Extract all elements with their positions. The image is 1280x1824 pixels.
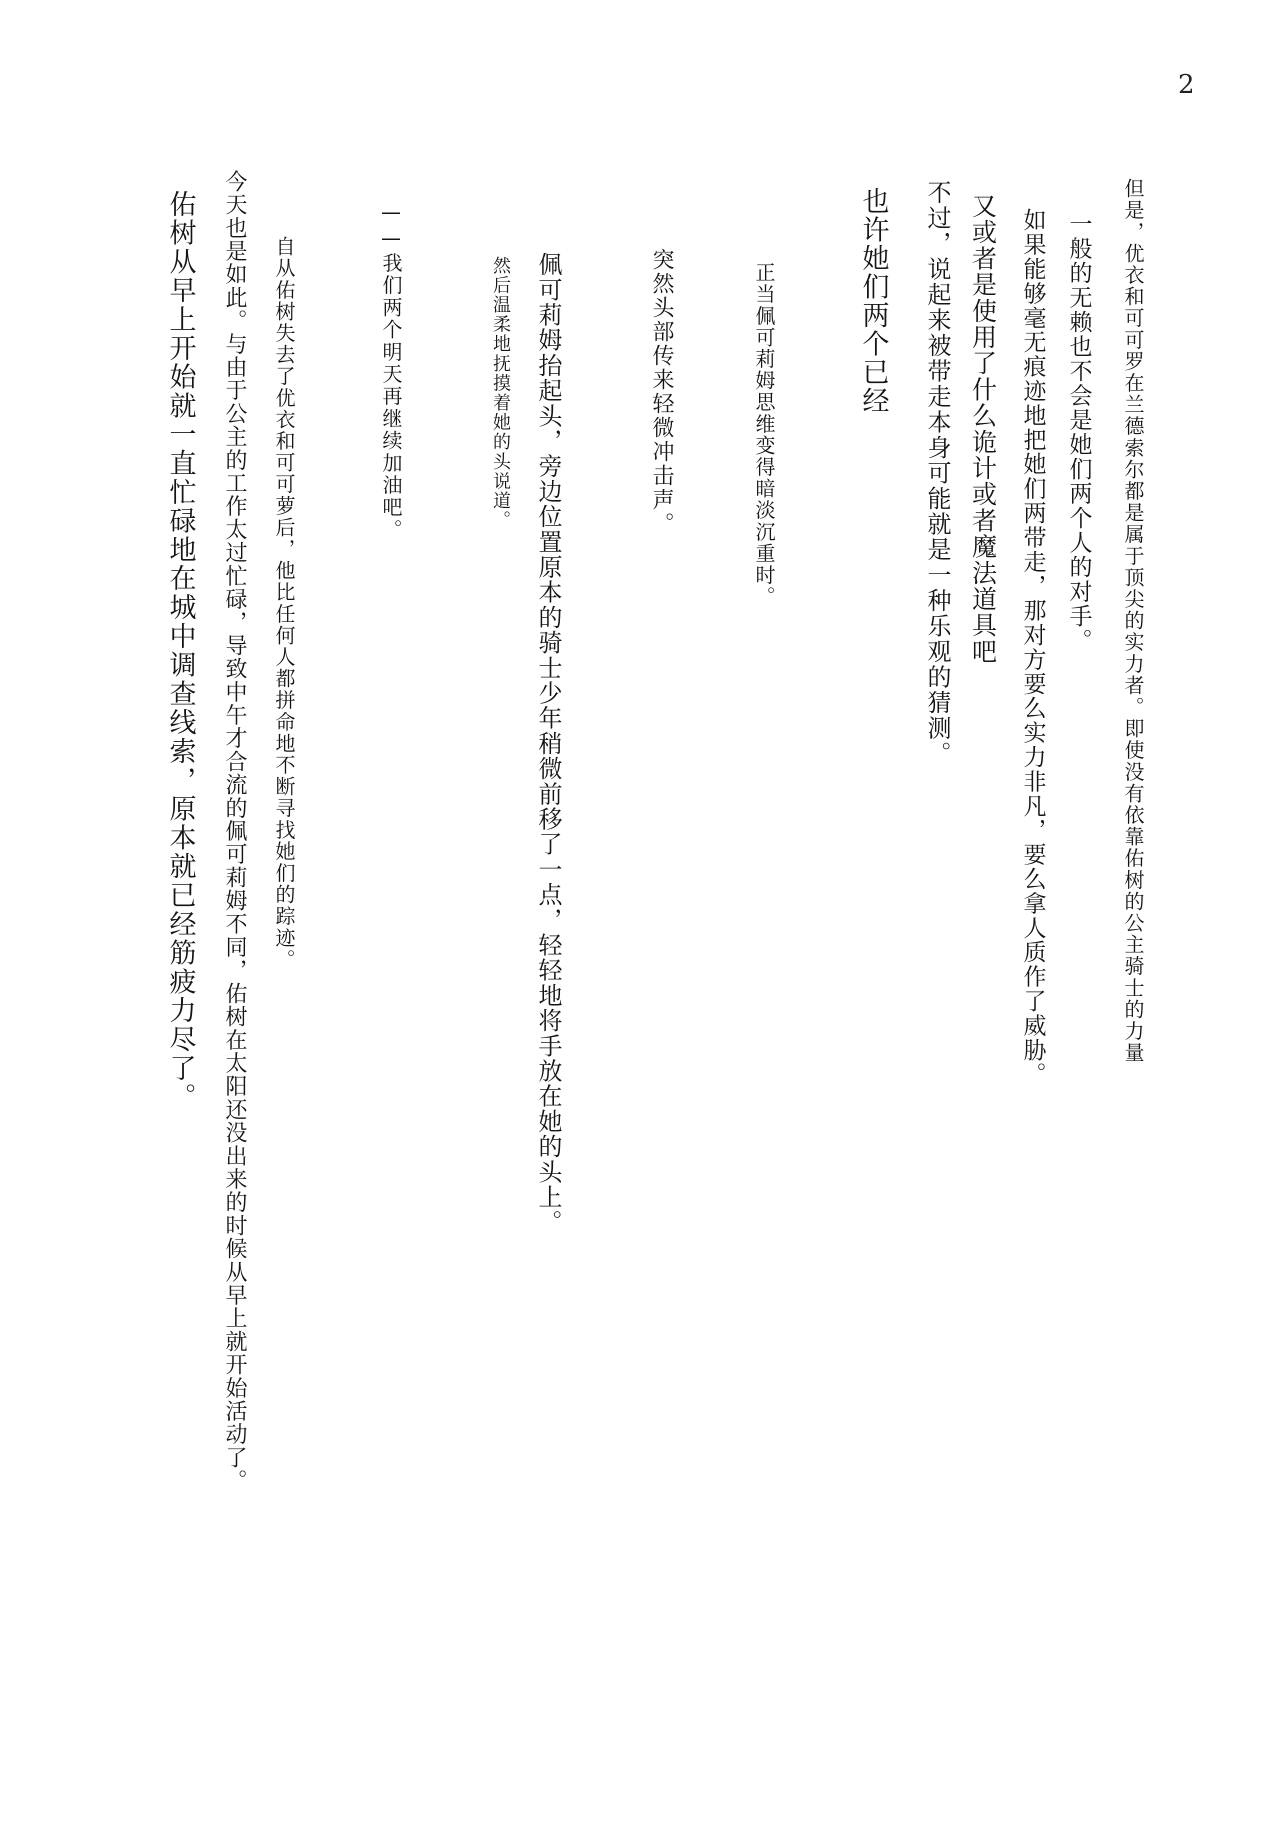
text-column-12: 自从佑树失去了优衣和可可萝后，他比任何人都拼命地不断寻找她们的踪迹。 [274, 236, 294, 970]
text-column-11: ——我们两个明天再继续加油吧。 [381, 200, 401, 541]
text-column-4: 又或者是使用了什么诡计或者魔法道具吧 [971, 193, 996, 665]
text-column-1: 但是，优衣和可可罗在兰德索尔都是属于顶尖的实力者。即使没有依靠佑树的公主骑士的力… [1123, 178, 1143, 1064]
page-number: 2 [1178, 70, 1195, 100]
text-column-13: 今天也是如此。与由于公主的工作太过忙碌，导致中午才合流的佩可莉姆不同，佑树在太阳… [223, 170, 245, 1492]
text-column-3: 如果能够毫无痕迹地把她们两带走，那对方要么实力非凡，要么拿人质作了威胁。 [1021, 208, 1044, 1086]
text-column-6: 也许她们两个已经 [860, 187, 887, 415]
text-column-5: 不过，说起来被带走本身可能就是一种乐观的猜测。 [925, 180, 949, 767]
text-column-2: 一般的无赖也不会是她们两个人的对手。 [1067, 212, 1090, 653]
text-column-8: 突然头部传来轻微冲击声。 [650, 248, 672, 536]
text-column-10: 然后温柔地抚摸着她的头说道。 [491, 256, 509, 530]
text-column-14: 佑树从早上开始就一直忙碌地在城中调查线索，原本就已经筋疲力尽了。 [167, 190, 194, 1112]
text-column-9: 佩可莉姆抬起头，旁边位置原本的骑士少年稍微前移了一点，轻轻地将手放在她的头上。 [536, 252, 560, 1235]
text-column-7: 正当佩可莉姆思维变得暗淡沉重时。 [754, 262, 774, 608]
